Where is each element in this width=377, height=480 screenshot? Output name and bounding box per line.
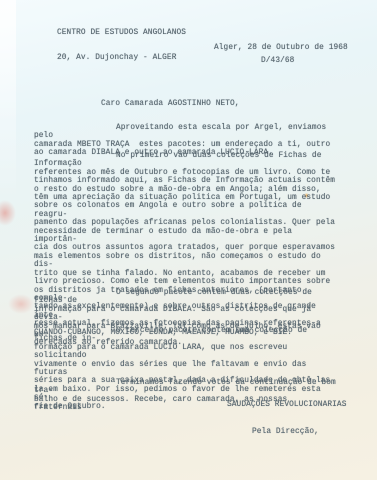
paper-edge-highlight	[0, 0, 16, 200]
valediction: SAUDAÇÕES REVOLUCIONARIAS	[227, 401, 346, 409]
signature-line: Pela Direcção,	[252, 428, 319, 436]
paper-smudge	[8, 294, 34, 314]
paper-smudge	[0, 200, 16, 226]
reference-number: D/43/68	[261, 57, 294, 65]
salutation: Caro Camarada AGOSTINHO NETO,	[101, 100, 240, 108]
dateline: Alger, 28 de Outubro de 1968	[214, 44, 348, 52]
letterhead: CENTRO DE ESTUDOS ANGOLANOS 20, Av. Dujo…	[57, 12, 186, 79]
org-address: 20, Av. Dujonchay - ALGER	[57, 54, 186, 62]
org-name: CENTRO DE ESTUDOS ANGOLANOS	[57, 29, 186, 37]
letter-page: CENTRO DE ESTUDOS ANGOLANOS 20, Av. Dujo…	[0, 0, 377, 480]
